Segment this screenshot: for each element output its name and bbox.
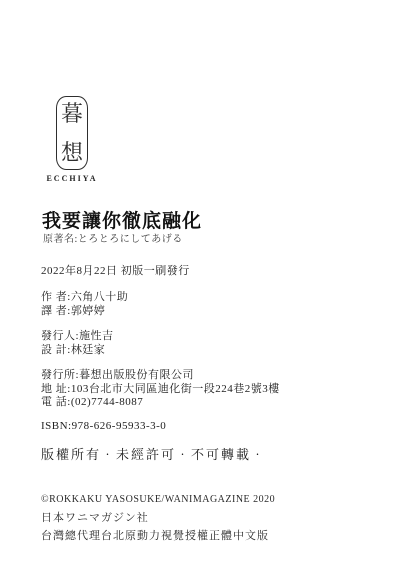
taiwan-license: 台灣總代理台北原動力視覺授權正體中文版	[41, 527, 269, 543]
publisher-row: 發行所:暮想出版股份有限公司	[41, 369, 280, 383]
issuer-value: 施性吉	[79, 330, 114, 342]
author-value: 六角八十助	[71, 291, 129, 303]
seal-mark-icon: 暮 想	[56, 96, 88, 170]
translator-row: 譯 者:郭婷婷	[41, 305, 128, 319]
publisher-block: 發行所:暮想出版股份有限公司 地 址:103台北市大同區迪化街一段224巷2號3…	[41, 369, 280, 410]
publisher-value: 暮想出版股份有限公司	[79, 369, 194, 381]
translator-value: 郭婷婷	[71, 305, 106, 317]
isbn-label: ISBN:	[41, 420, 72, 432]
designer-label: 設 計:	[41, 344, 71, 356]
copyright-line: ©ROKKAKU YASOSUKE/WANIMAGAZINE 2020	[41, 494, 275, 505]
phone-row: 電 話:(02)7744-8087	[41, 396, 280, 410]
brand-name: ECCHIYA	[44, 174, 100, 183]
credits-block: 作 者:六角八十助 譯 者:郭婷婷	[41, 291, 128, 318]
address-label: 地 址:	[41, 383, 71, 395]
book-title: 我要讓你徹底融化	[42, 206, 202, 233]
original-title: 原著名:とろとろにしてあげる	[43, 230, 183, 245]
address-value: 103台北市大同區迪化街一段224巷2號3樓	[71, 383, 280, 395]
phone-label: 電 話:	[41, 396, 71, 408]
isbn-value: 978-626-95933-3-0	[72, 420, 167, 432]
publisher-label: 發行所:	[41, 369, 79, 381]
seal-character-bottom: 想	[61, 139, 83, 167]
seal-character-top: 暮	[61, 100, 83, 128]
japan-publisher: 日本ワニマガジン社	[41, 509, 149, 525]
colophon-page: 暮 想 ECCHIYA 我要讓你徹底融化 原著名:とろとろにしてあげる 2022…	[0, 0, 400, 567]
designer-value: 林廷家	[71, 344, 106, 356]
issuer-label: 發行人:	[41, 330, 79, 342]
staff-block: 發行人:施性吉 設 計:林廷家	[41, 330, 114, 357]
issuer-row: 發行人:施性吉	[41, 330, 114, 344]
rights-notice: 版權所有‧未經許可‧不可轉載‧	[41, 444, 266, 463]
designer-row: 設 計:林廷家	[41, 344, 114, 358]
isbn-row: ISBN:978-626-95933-3-0	[41, 420, 166, 432]
author-row: 作 者:六角八十助	[41, 291, 128, 305]
author-label: 作 者:	[41, 291, 71, 303]
address-row: 地 址:103台北市大同區迪化街一段224巷2號3樓	[41, 383, 280, 397]
phone-value: (02)7744-8087	[71, 396, 144, 408]
translator-label: 譯 者:	[41, 305, 71, 317]
edition-line: 2022年8月22日 初版一刷發行	[41, 262, 190, 278]
publisher-logo: 暮 想 ECCHIYA	[44, 96, 100, 183]
